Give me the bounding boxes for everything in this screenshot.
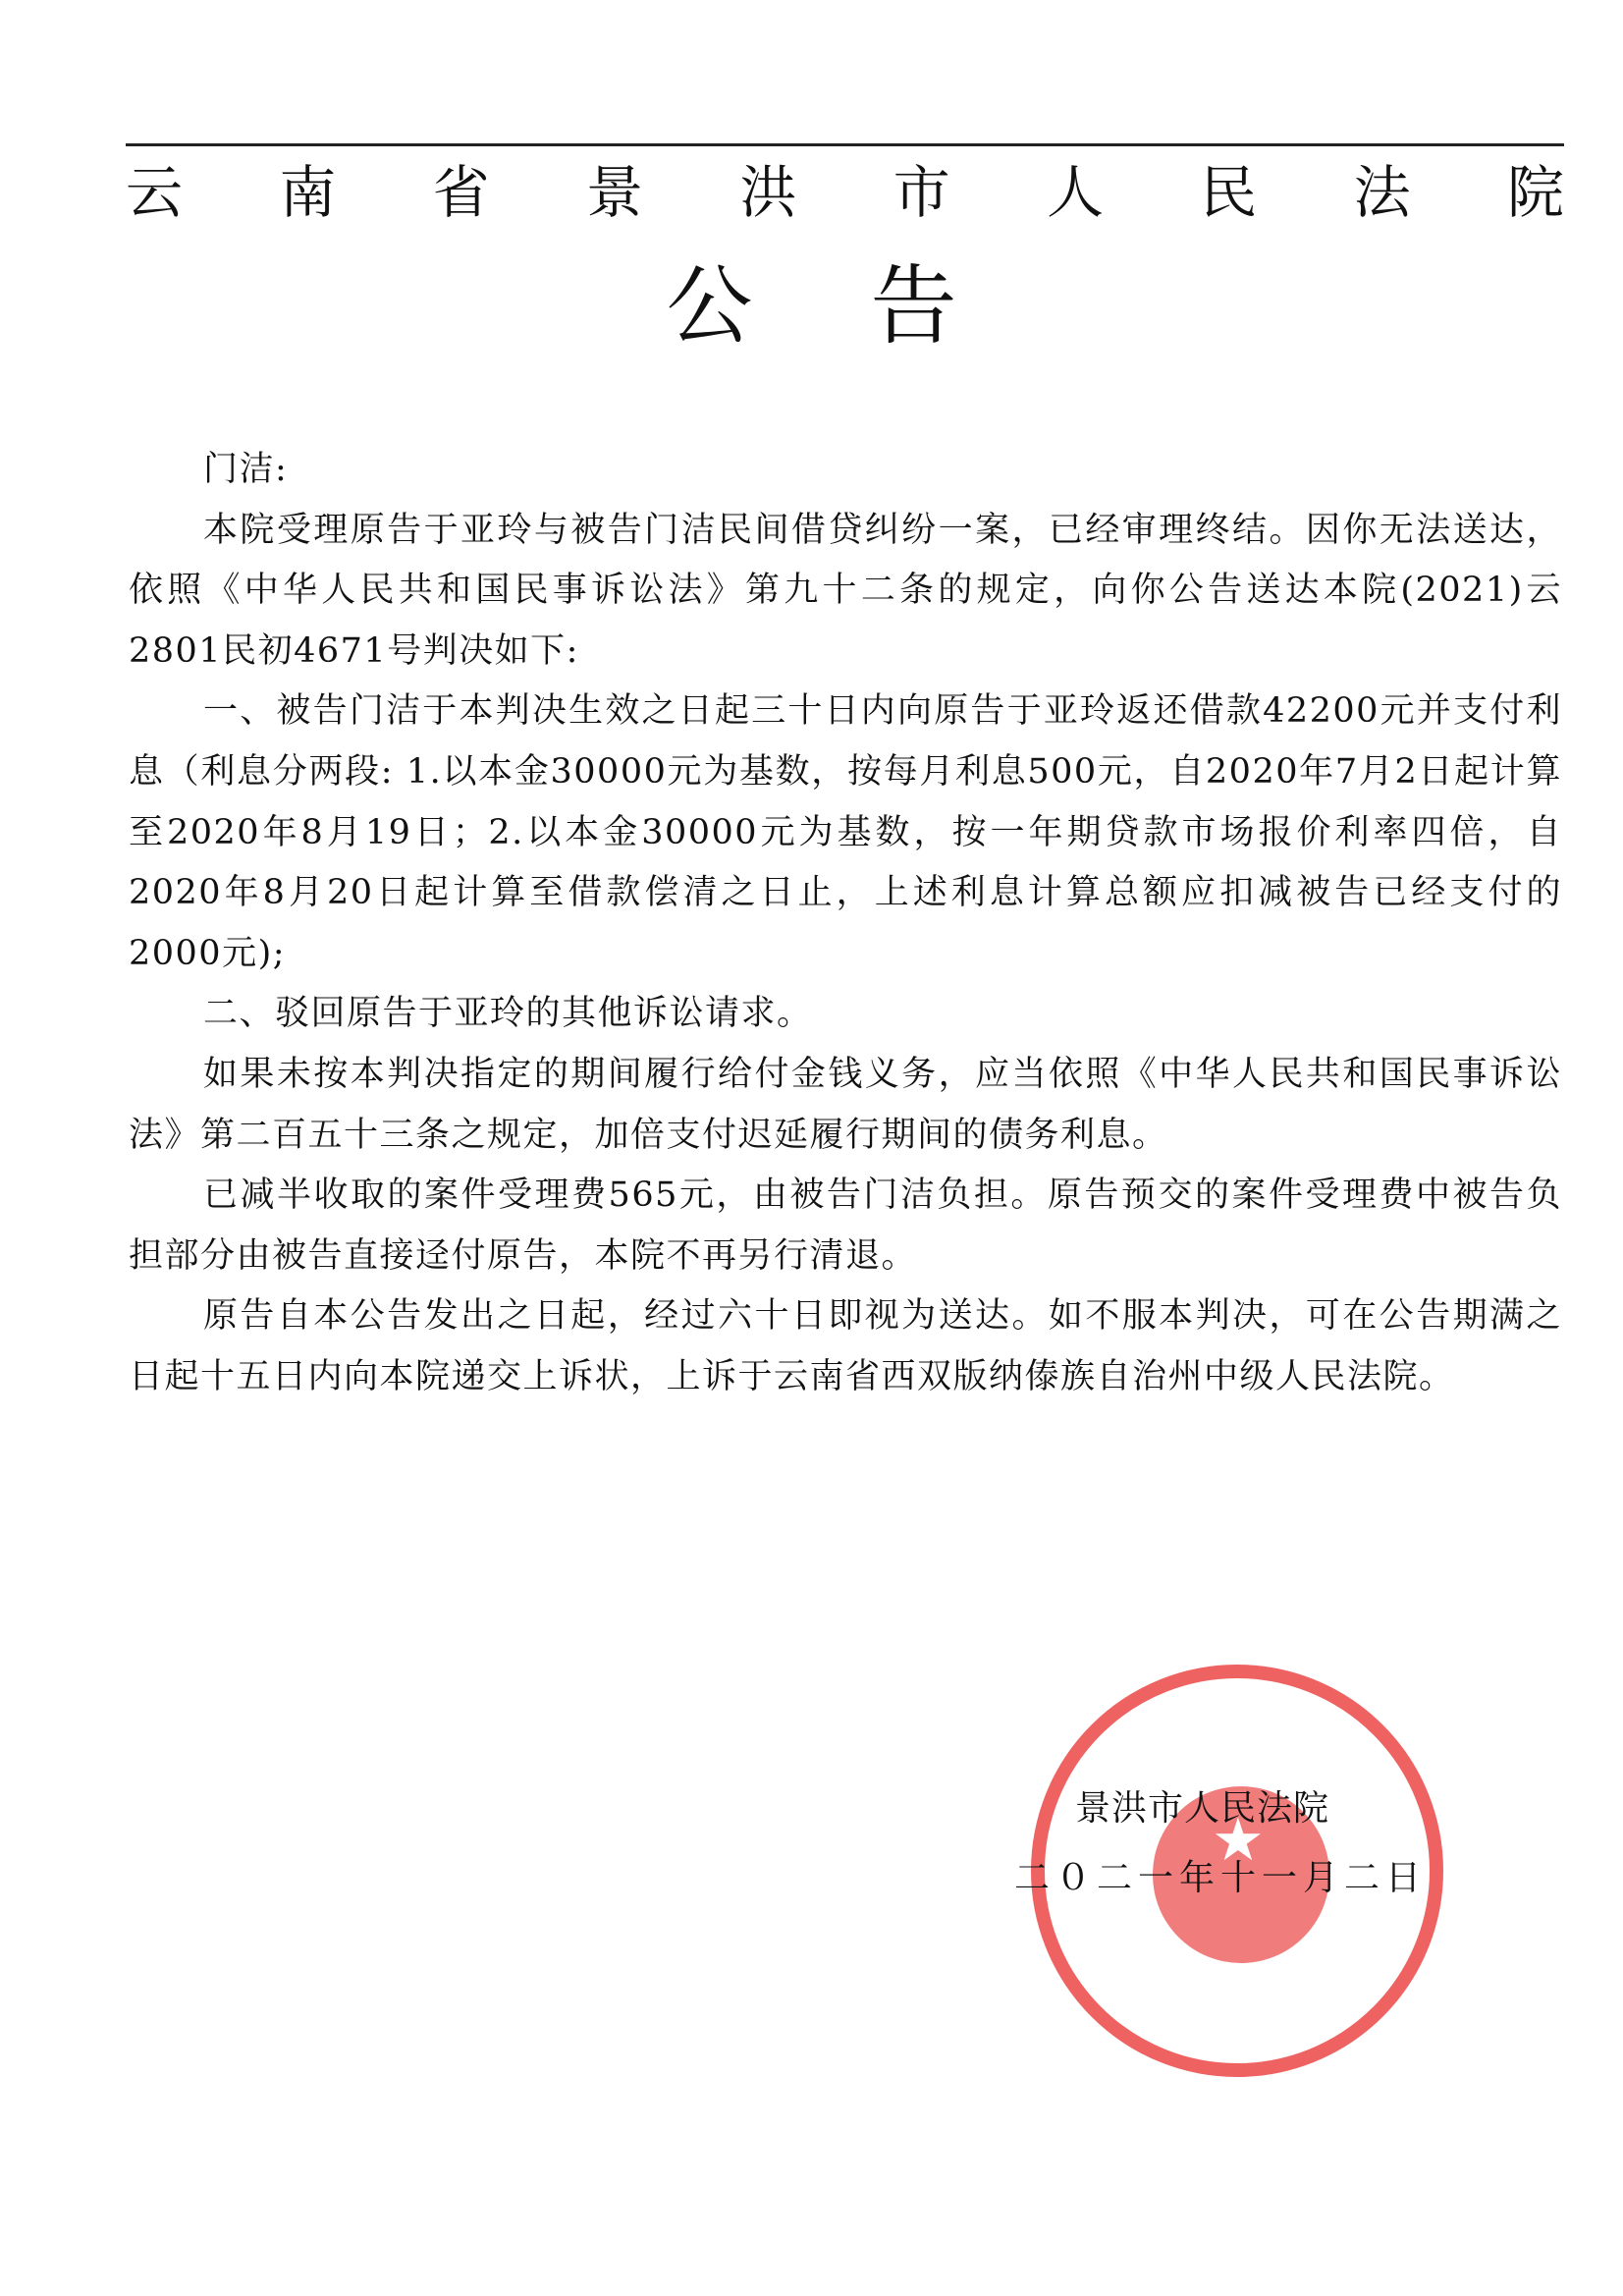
paragraph: 原告自本公告发出之日起，经过六十日即视为送达。如不服本判决，可在公告期满之日起十… [129, 1286, 1562, 1407]
court-name-header: 云 南 省 景 洪 市 人 民 法 院 [126, 157, 1564, 228]
paragraph: 一、被告门洁于本判决生效之日起三十日内向原告于亚玲返还借款42200元并支付利息… [129, 682, 1562, 984]
court-char: 省 [433, 157, 490, 228]
signature-court: 景洪市人民法院 [1075, 1785, 1329, 1832]
paragraph: 二、驳回原告于亚玲的其他诉讼请求。 [129, 984, 1562, 1045]
signature-date: 二０二一年十一月二日 [1014, 1855, 1427, 1902]
court-char: 市 [893, 157, 950, 228]
header-rule [126, 143, 1564, 146]
court-char: 洪 [739, 157, 796, 228]
court-char: 法 [1354, 157, 1411, 228]
court-char: 景 [586, 157, 643, 228]
court-char: 院 [1507, 157, 1564, 228]
court-char: 南 [279, 157, 336, 228]
paragraph: 本院受理原告于亚玲与被告门洁民间借贷纠纷一案，已经审理终结。因你无法送达，依照《… [129, 501, 1562, 683]
addressee: 门洁: [129, 440, 1562, 501]
paragraph: 已减半收取的案件受理费565元，由被告门洁负担。原告预交的案件受理费中被告负担部… [129, 1166, 1562, 1286]
court-char: 民 [1200, 157, 1257, 228]
document-title: 公告 [0, 257, 1623, 355]
court-char: 云 [126, 157, 183, 228]
court-char: 人 [1047, 157, 1104, 228]
paragraph: 如果未按本判决指定的期间履行给付金钱义务，应当依照《中华人民共和国民事诉讼法》第… [129, 1045, 1562, 1166]
document-body: 门洁: 本院受理原告于亚玲与被告门洁民间借贷纠纷一案，已经审理终结。因你无法送达… [129, 440, 1562, 1408]
